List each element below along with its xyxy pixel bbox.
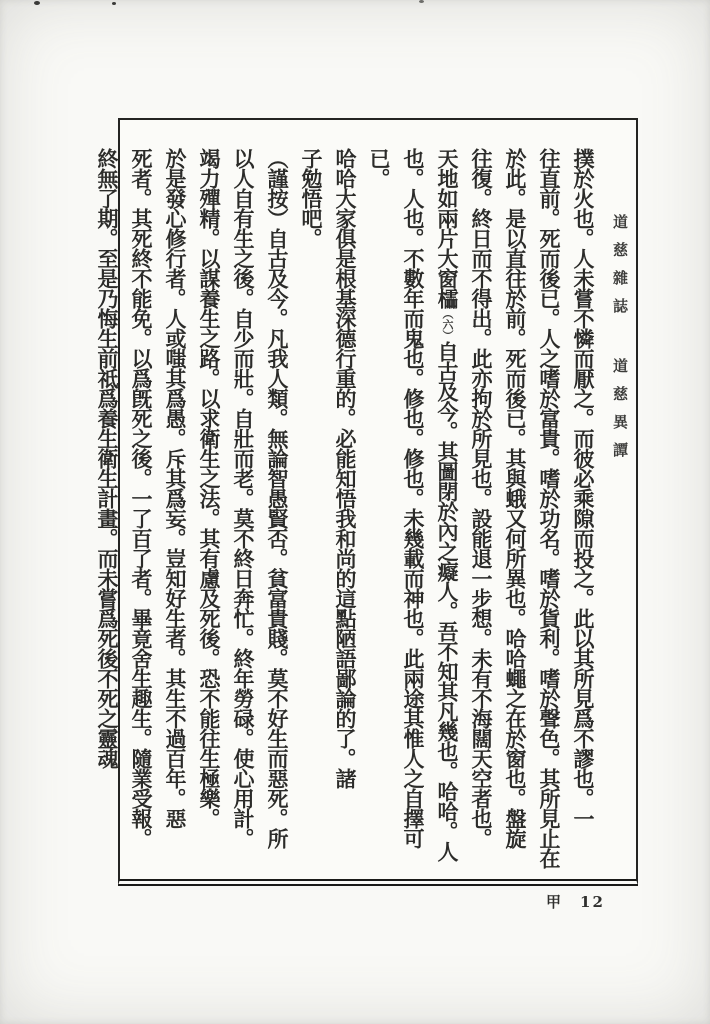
text-frame-border: 道慈雜誌 道慈異譚 撲於火也。人未嘗不憐而厭之。而彼必乘隙而投之。此以其所見爲不… — [118, 118, 638, 886]
text-column-4: 往復。終日而不得出。此亦拘於所見也。設能退一步想。未有不海闊天空者也。 — [464, 148, 498, 874]
footer-page-number: 12 — [580, 893, 605, 911]
text-column-5: 天地如兩片大窗櫺（六）自古及今。其圖閉於內之癡人。吾不知其凡幾也。哈哈。人 — [430, 148, 464, 874]
text-column-12: 於是發心修行者。人或嗤其爲愚。斥其爲妄。豈知好生者。其生不過百年。惡 — [158, 148, 192, 874]
text-column-2: 往直前。死而後已。人之嗜於富貴。嗜於功名。嗜於貨利。嗜於聲色。其所見止在 — [532, 148, 566, 874]
running-title-top-label: 道慈雜誌 — [611, 214, 629, 326]
text-column-1: 撲於火也。人未嘗不憐而厭之。而彼必乘隙而投之。此以其所見爲不謬也。一 — [566, 148, 600, 874]
text-column-13: 死者。其死終不能免。以爲旣死之後。一了百了者。畢竟舍生趣生。隨業受報。 — [124, 148, 158, 874]
text-column-9: （謹按）自古及今。凡我人類。無論智愚賢否。貧富貴賤。莫不好生而惡死。所 — [260, 148, 294, 874]
running-title-bottom: 道慈異譚 — [610, 358, 631, 470]
text-column-5-pre: 天地如兩片大窗櫺 — [435, 148, 460, 308]
main-text-block: 撲於火也。人未嘗不憐而厭之。而彼必乘隙而投之。此以其所見爲不謬也。一 往直前。死… — [90, 148, 600, 874]
text-column-3: 於此。是以直往於前。死而後已。其與蛾又何所異也。哈哈蠅之在於窗也。盤旋 — [498, 148, 532, 874]
text-column-5-post: 自古及今。其圖閉於內之癡人。吾不知其凡幾也。哈哈。人 — [435, 341, 460, 861]
page-footer: 甲12 — [546, 891, 605, 912]
inline-note: （六） — [441, 308, 454, 341]
scanned-page: 道慈雜誌 道慈異譚 撲於火也。人未嘗不憐而厭之。而彼必乘隙而投之。此以其所見爲不… — [0, 0, 710, 1024]
running-title-bottom-label: 道慈異譚 — [611, 358, 629, 470]
scan-speck — [419, 0, 424, 3]
text-column-6: 也。人也。不數年而鬼也。修也。修也。未幾載而神也。此兩途其惟人之自擇可已。 — [362, 148, 430, 874]
text-column-7: 哈哈大家俱是根基深德行重的。必能知悟我和尚的這點陋語鄙論的了。諸 — [328, 148, 362, 874]
scan-speck — [112, 2, 116, 5]
text-column-10: 以人自有生之後。自少而壯。自壯而老。莫不終日奔忙。終年勞碌。使心用計。 — [226, 148, 260, 874]
running-title-top: 道慈雜誌 — [610, 214, 631, 326]
footer-section-label: 甲 — [546, 893, 562, 911]
text-column-8: 子勉悟吧。 — [294, 148, 328, 874]
text-column-11: 竭力殫精。以謀養生之路。以求衛生之法。其有慮及死後。恐不能往生極樂。 — [192, 148, 226, 874]
text-column-14: 終無了期。至是乃悔生前祗爲養生衛生計畫。而未嘗爲死後不死之靈魂 — [90, 148, 124, 874]
scan-speck — [34, 1, 40, 5]
